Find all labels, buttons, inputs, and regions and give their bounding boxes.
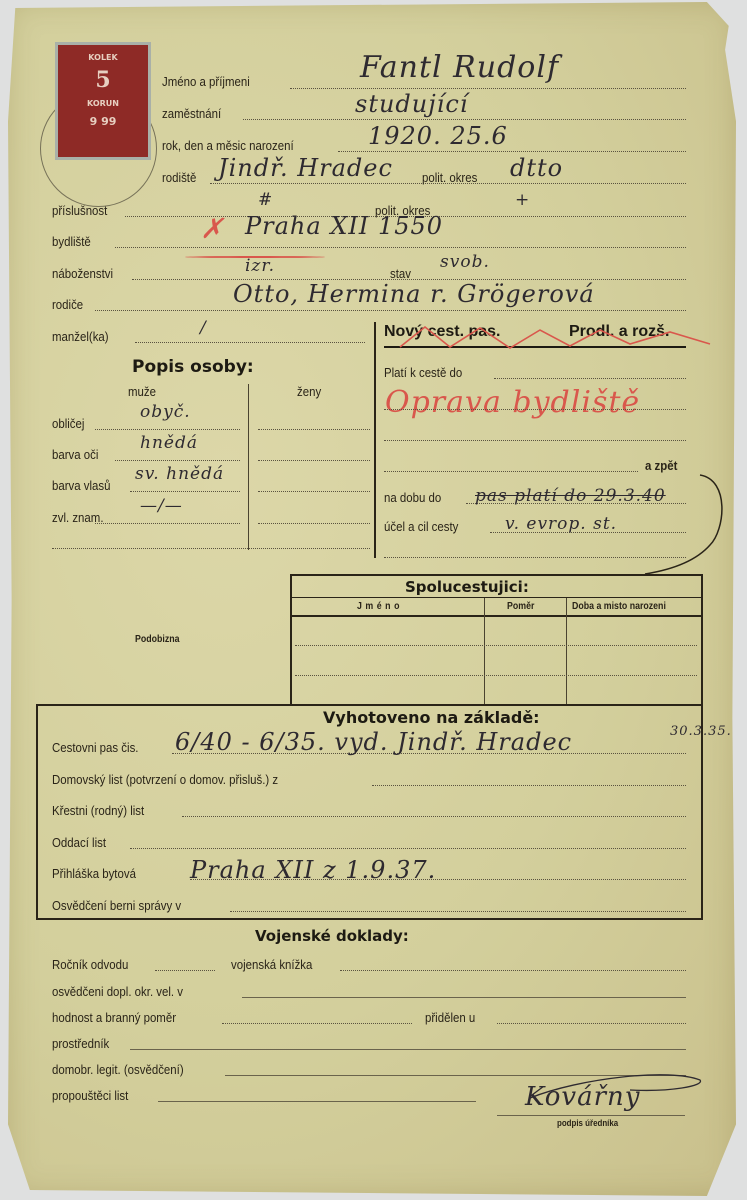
revenue-stamp: KOLEK 5 KORUN 9 99 xyxy=(55,42,151,160)
status-value[interactable]: svob. xyxy=(440,252,490,272)
photo-label: Podobizna xyxy=(135,634,179,645)
col-female: ženy xyxy=(297,384,321,399)
stamp-value: 5 xyxy=(58,67,148,93)
description-row-label: obličej xyxy=(52,416,84,431)
basis-passport-value[interactable]: 6/40 - 6/35. vyd. Jindř. Hradec xyxy=(175,728,572,756)
military-title: Vojenské doklady: xyxy=(255,927,409,945)
basis-row-label: Osvědčení berni správy v xyxy=(52,898,181,913)
citizenship-label: příslušnost xyxy=(52,203,107,218)
basis-row-label: Křestni (rodný) list xyxy=(52,803,144,818)
valid-value-red[interactable]: Oprava bydliště xyxy=(385,385,640,420)
bracket-mark xyxy=(640,470,730,580)
period-value[interactable]: pas platí do 29.3.40 xyxy=(475,486,666,506)
legit-label: domobr. legit. (osvědčení) xyxy=(52,1062,184,1077)
basis-row-label: Oddací list xyxy=(52,835,106,850)
signature-flourish xyxy=(520,1068,710,1108)
col-relation: Poměr xyxy=(507,601,534,612)
basis-row-label: Přihláška bytová xyxy=(52,866,136,881)
description-row-male[interactable]: —/— xyxy=(140,496,183,516)
purpose-value[interactable]: v. evrop. st. xyxy=(505,514,617,534)
basis-row-label: Domovský list (potvrzení o domov. přislu… xyxy=(52,772,278,787)
stamp-currency: KORUN xyxy=(58,99,148,108)
description-row-male[interactable]: hnědá xyxy=(140,433,198,453)
col-birth: Doba a misto narozeni xyxy=(572,601,666,612)
military-book-label: vojenská knížka xyxy=(231,957,312,972)
period-label: na dobu do xyxy=(384,490,441,505)
birth-district-label: polit. okres xyxy=(422,170,477,185)
signature-label: podpis úředníka xyxy=(557,1118,618,1128)
parents-value[interactable]: Otto, Hermina r. Grögerová xyxy=(233,280,595,308)
occupation-value[interactable]: studující xyxy=(355,90,468,118)
birthdate-label: rok, den a měsic narození xyxy=(162,138,294,153)
name-label: Jméno a příjmeni xyxy=(162,74,250,89)
occupation-label: zaměstnání xyxy=(162,106,221,121)
companions-title: Spolucestujici: xyxy=(405,578,529,596)
spouse-label: manžel(ka) xyxy=(52,329,109,344)
description-row-male[interactable]: sv. hnědá xyxy=(135,464,224,484)
red-zigzag-strike xyxy=(380,322,730,352)
description-row-male[interactable]: obyč. xyxy=(140,402,191,422)
description-title: Popis osoby: xyxy=(132,357,254,377)
name-value[interactable]: Fantl Rudolf xyxy=(360,50,559,85)
valid-label: Platí k cestě do xyxy=(384,365,462,380)
status-label: stav xyxy=(390,266,411,281)
red-cross-mark: ✗ xyxy=(200,212,224,245)
stamp-year: 9 99 xyxy=(58,115,148,128)
description-row-label: barva vlasů xyxy=(52,478,111,493)
cert-label: osvědčeni dopl. okr. vel. v xyxy=(52,984,183,999)
stamp-top-label: KOLEK xyxy=(58,53,148,62)
birthplace-value[interactable]: Jindř. Hradec xyxy=(218,154,393,182)
basis-row-label: Cestovni pas čis. xyxy=(52,740,138,755)
religion-value[interactable]: izr. xyxy=(245,256,275,276)
description-row-label: barva oči xyxy=(52,447,98,462)
spouse-value[interactable]: / xyxy=(200,318,207,338)
religion-label: náboženstvi xyxy=(52,266,113,281)
citizenship-district-value[interactable]: + xyxy=(515,190,530,210)
basis-registration-value[interactable]: Praha XII z 1.9.37. xyxy=(190,856,436,884)
purpose-label: účel a cil cesty xyxy=(384,519,458,534)
residence-value[interactable]: Praha XII 1550 xyxy=(245,212,443,240)
residence-label: bydliště xyxy=(52,234,91,249)
birth-district-value[interactable]: dtto xyxy=(510,154,563,182)
parents-label: rodiče xyxy=(52,297,83,312)
birthplace-label: rodiště xyxy=(162,170,196,185)
col-male: muže xyxy=(128,384,156,399)
assigned-label: přidělen u xyxy=(425,1010,475,1025)
citizenship-value[interactable]: # xyxy=(258,190,273,210)
rank-label: hodnost a branný poměr xyxy=(52,1010,176,1025)
basis-title: Vyhotoveno na základě: xyxy=(323,708,540,727)
col-name: Jméno xyxy=(357,601,403,612)
discharge-label: propouštěci list xyxy=(52,1088,128,1103)
basis-passport-date: 30.3.35. xyxy=(670,724,732,739)
mediator-label: prostředník xyxy=(52,1036,109,1051)
draft-year-label: Ročník odvodu xyxy=(52,957,128,972)
birthdate-value[interactable]: 1920. 25.6 xyxy=(368,122,508,150)
